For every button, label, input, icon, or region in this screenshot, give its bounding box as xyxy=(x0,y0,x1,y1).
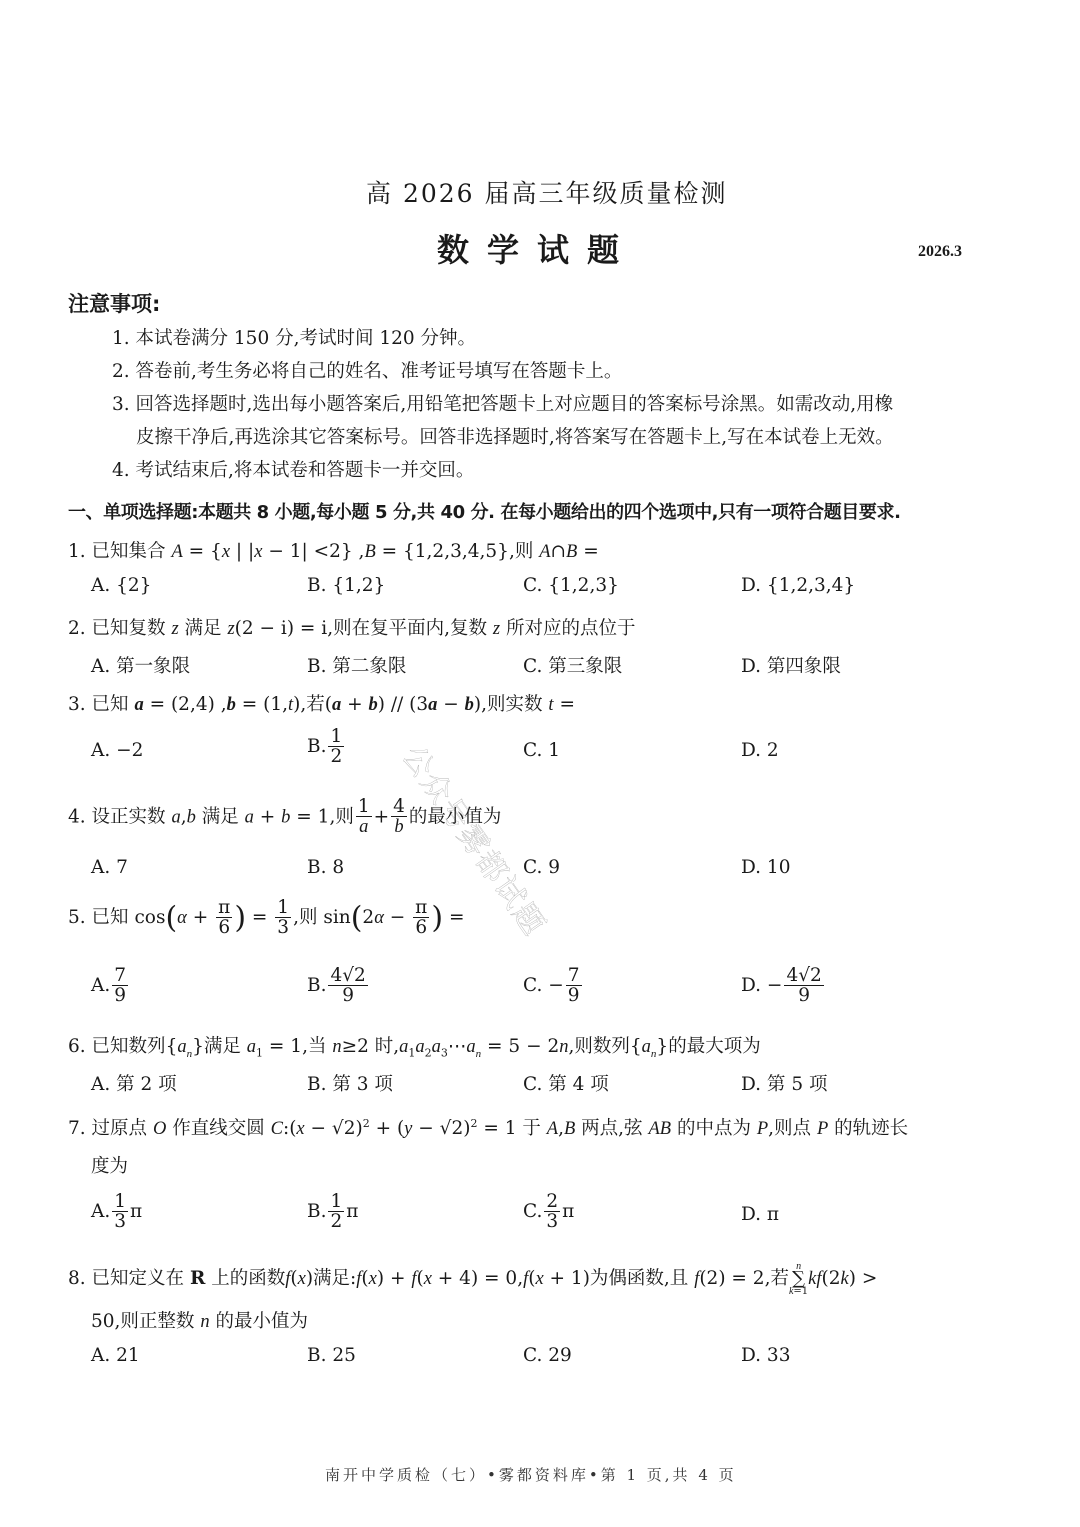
q3-option-d[interactable]: D. 2 xyxy=(741,740,779,761)
q2-option-b[interactable]: B. 第二象限 xyxy=(307,652,406,678)
q7-option-c[interactable]: C.23π xyxy=(523,1192,574,1232)
q8-option-c[interactable]: C. 29 xyxy=(523,1345,572,1366)
notice-item-3: 3. 回答选择题时,选出每小题答案后,用铅笔把答题卡上对应题目的答案标号涂黑。如… xyxy=(112,390,893,416)
q5-option-c[interactable]: C. −79 xyxy=(523,966,584,1006)
exam-date: 2026.3 xyxy=(918,243,962,261)
q3-option-c[interactable]: C. 1 xyxy=(523,740,560,761)
q3-option-a[interactable]: A. −2 xyxy=(91,740,143,761)
notice-item-4: 4. 考试结束后,将本试卷和答题卡一并交回。 xyxy=(112,456,474,482)
question-5-stem: 5. 已知 cos(α + π6) = 13,则 sin(2α − π6) = xyxy=(68,898,464,938)
q4-option-d[interactable]: D. 10 xyxy=(741,857,790,878)
q5-option-d[interactable]: D. −4√29 xyxy=(741,966,826,1006)
q4-option-b[interactable]: B. 8 xyxy=(307,857,344,878)
q8-option-a[interactable]: A. 21 xyxy=(91,1345,140,1366)
question-7-stem-cont: 度为 xyxy=(91,1152,128,1178)
q3-option-b[interactable]: B.12 xyxy=(307,727,346,767)
notice-item-3-cont: 皮擦干净后,再选涂其它答案标号。回答非选择题时,将答案写在答题卡上,写在本试卷上… xyxy=(136,423,894,449)
section-heading: 一、单项选择题:本题共 8 小题,每小题 5 分,共 40 分. 在每小题给出的… xyxy=(68,498,901,524)
q2-option-a[interactable]: A. 第一象限 xyxy=(91,652,190,678)
q4-option-a[interactable]: A. 7 xyxy=(91,857,128,878)
q6-option-b[interactable]: B. 第 3 项 xyxy=(307,1070,393,1096)
q5-option-b[interactable]: B.4√29 xyxy=(307,966,370,1006)
q5-option-a[interactable]: A.79 xyxy=(91,966,130,1006)
q6-option-a[interactable]: A. 第 2 项 xyxy=(91,1070,177,1096)
q1-option-d[interactable]: D. {1,2,3,4} xyxy=(741,575,855,596)
question-3-stem: 3. 已知 a = (2,4) ,b = (1,t),若(a + b) // (… xyxy=(68,690,575,716)
question-8-stem-cont: 50,则正整数 n 的最小值为 xyxy=(91,1307,308,1333)
question-1-stem: 1. 已知集合 A = {x | |x − 1| <2} ,B = {1,2,3… xyxy=(68,537,599,563)
question-7-stem: 7. 过原点 O 作直线交圆 C:(x − √2)2 + (y − √2)2 =… xyxy=(68,1114,908,1140)
q2-option-d[interactable]: D. 第四象限 xyxy=(741,652,841,678)
subject-title: 数学试题 xyxy=(437,225,637,271)
q1-option-c[interactable]: C. {1,2,3} xyxy=(523,575,619,596)
page-footer: 南开中学质检（七）•雾都资料库•第 1 页,共 4 页 xyxy=(325,1464,737,1485)
q7-option-b[interactable]: B.12π xyxy=(307,1192,358,1232)
q2-option-c[interactable]: C. 第三象限 xyxy=(523,652,622,678)
notice-item-2: 2. 答卷前,考生务必将自己的姓名、准考证号填写在答题卡上。 xyxy=(112,357,622,383)
q1-option-b[interactable]: B. {1,2} xyxy=(307,575,385,596)
q6-option-d[interactable]: D. 第 5 项 xyxy=(741,1070,827,1096)
q6-option-c[interactable]: C. 第 4 项 xyxy=(523,1070,609,1096)
question-8-stem: 8. 已知定义在 R 上的函数f(x)满足:f(x) + f(x + 4) = … xyxy=(68,1262,877,1296)
exam-title: 高 2026 届高三年级质量检测 xyxy=(366,174,728,210)
q7-option-a[interactable]: A.13π xyxy=(91,1192,142,1232)
notice-heading: 注意事项: xyxy=(68,288,160,318)
q8-option-b[interactable]: B. 25 xyxy=(307,1345,356,1366)
q1-option-a[interactable]: A. {2} xyxy=(91,575,151,596)
q7-option-d[interactable]: D. π xyxy=(741,1204,779,1225)
notice-item-1: 1. 本试卷满分 150 分,考试时间 120 分钟。 xyxy=(112,324,476,350)
question-6-stem: 6. 已知数列{an}满足 a1 = 1,当 n≥2 时,a1a2a3⋯an =… xyxy=(68,1032,761,1060)
q8-option-d[interactable]: D. 33 xyxy=(741,1345,790,1366)
question-2-stem: 2. 已知复数 z 满足 z(2 − i) = i,则在复平面内,复数 z 所对… xyxy=(68,614,636,640)
